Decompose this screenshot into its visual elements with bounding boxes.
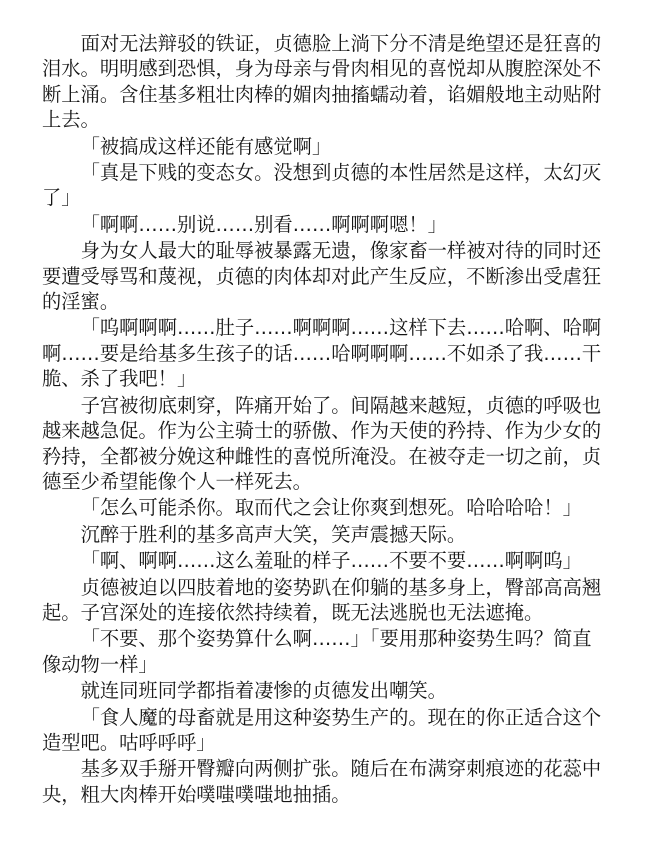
paragraph: 贞德被迫以四肢着地的姿势趴在仰躺的基多身上，臀部高高翘起。子宫深处的连接依然持续… <box>42 575 607 626</box>
paragraph: 子宫被彻底刺穿，阵痛开始了。间隔越来越短，贞德的呼吸也越来越急促。作为公主骑士的… <box>42 393 607 495</box>
text-line: 「不要、那个姿势算什么啊……」「要用那种姿势生吗？简直 <box>81 627 592 650</box>
text-line: 越来越急促。作为公主骑士的骄傲、作为天使的矜持、作为少女的 <box>42 419 601 442</box>
paragraph: 「被搞成这样还能有感觉啊」 <box>42 134 607 159</box>
text-line: 面对无法辩驳的铁证，贞德脸上淌下分不清是绝望还是狂喜的 <box>81 32 602 55</box>
text-line: 了」 <box>42 186 81 209</box>
text-line: 贞德被迫以四肢着地的姿势趴在仰躺的基多身上，臀部高高翘 <box>81 576 602 599</box>
text-line: 就连同班同学都指着凄惨的贞德发出嘲笑。 <box>81 679 447 702</box>
paragraph: 「呜啊啊啊……肚子……啊啊啊……这样下去……哈啊、哈啊啊……要是给基多生孩子的话… <box>42 315 607 391</box>
text-line: 「真是下贱的变态女。没想到贞德的本性居然是这样，太幻灭 <box>81 161 602 184</box>
paragraph: 「啊、啊啊……这么羞耻的样子……不要不要……啊啊呜」 <box>42 548 607 573</box>
paragraph: 面对无法辩驳的铁证，贞德脸上淌下分不清是绝望还是狂喜的泪水。明明感到恐惧，身为母… <box>42 31 607 133</box>
text-content: 面对无法辩驳的铁证，贞德脸上淌下分不清是绝望还是狂喜的泪水。明明感到恐惧，身为母… <box>0 0 650 807</box>
text-line: 的淫蜜。 <box>42 290 119 313</box>
text-line: 断上涌。含住基多粗壮肉棒的媚肉抽搐蠕动着，谄媚般地主动贴附 <box>42 83 601 106</box>
paragraph: 就连同班同学都指着凄惨的贞德发出嘲笑。 <box>42 678 607 703</box>
paragraph: 「不要、那个姿势算什么啊……」「要用那种姿势生吗？简直像动物一样」 <box>42 626 607 677</box>
paragraph: 身为女人最大的耻辱被暴露无遗，像家畜一样被对待的同时还要遭受辱骂和蔑视，贞德的肉… <box>42 238 607 314</box>
paragraph: 「怎么可能杀你。取而代之会让你爽到想死。哈哈哈哈！」 <box>42 495 607 520</box>
text-line: 造型吧。咕呼呼呼」 <box>42 731 216 754</box>
text-line: 德至少希望能像个人一样死去。 <box>42 470 312 493</box>
text-line: 矜持，全都被分娩这种雌性的喜悦所淹没。在被夺走一切之前，贞 <box>42 445 601 468</box>
text-line: 「呜啊啊啊……肚子……啊啊啊……这样下去……哈啊、哈啊 <box>81 316 602 339</box>
text-line: 啊……要是给基多生孩子的话……哈啊啊啊……不如杀了我……干 <box>42 342 601 365</box>
text-line: 「啊、啊啊……这么羞耻的样子……不要不要……啊啊呜」 <box>81 549 582 572</box>
text-line: 基多双手掰开臀瓣向两侧扩张。随后在布满穿刺痕迹的花蕊中 <box>81 757 602 780</box>
paragraph: 「真是下贱的变态女。没想到贞德的本性居然是这样，太幻灭了」 <box>42 160 607 211</box>
document-page: 面对无法辩驳的铁证，贞德脸上淌下分不清是绝望还是狂喜的泪水。明明感到恐惧，身为母… <box>0 0 650 850</box>
text-line: 子宫被彻底刺穿，阵痛开始了。间隔越来越短，贞德的呼吸也 <box>81 394 602 417</box>
text-line: 「食人魔的母畜就是用这种姿势生产的。现在的你正适合这个 <box>81 706 602 729</box>
text-line: 起。子宫深处的连接依然持续着，既无法逃脱也无法遮掩。 <box>42 601 543 624</box>
text-line: 泪水。明明感到恐惧，身为母亲与骨肉相见的喜悦却从腹腔深处不 <box>42 57 601 80</box>
paragraph: 「啊啊……别说……别看……啊啊啊嗯！」 <box>42 212 607 237</box>
text-line: 「啊啊……别说……别看……啊啊啊嗯！」 <box>81 213 447 236</box>
text-line: 像动物一样」 <box>42 653 158 676</box>
text-line: 「怎么可能杀你。取而代之会让你爽到想死。哈哈哈哈！」 <box>81 496 582 519</box>
text-line: 身为女人最大的耻辱被暴露无遗，像家畜一样被对待的同时还 <box>81 239 602 262</box>
text-line: 脆、杀了我吧！」 <box>42 367 196 390</box>
paragraph: 基多双手掰开臀瓣向两侧扩张。随后在布满穿刺痕迹的花蕊中央，粗大肉棒开始噗嗤噗嗤地… <box>42 756 607 807</box>
paragraph: 沉醉于胜利的基多高声大笑，笑声震撼天际。 <box>42 522 607 547</box>
text-line: 要遭受辱骂和蔑视，贞德的肉体却对此产生反应，不断渗出受虐狂 <box>42 265 601 288</box>
text-line: 央，粗大肉棒开始噗嗤噗嗤地抽插。 <box>42 783 351 806</box>
text-line: 「被搞成这样还能有感觉啊」 <box>81 135 332 158</box>
paragraph: 「食人魔的母畜就是用这种姿势生产的。现在的你正适合这个造型吧。咕呼呼呼」 <box>42 705 607 756</box>
text-line: 上去。 <box>42 108 100 131</box>
text-line: 沉醉于胜利的基多高声大笑，笑声震撼天际。 <box>81 523 467 546</box>
